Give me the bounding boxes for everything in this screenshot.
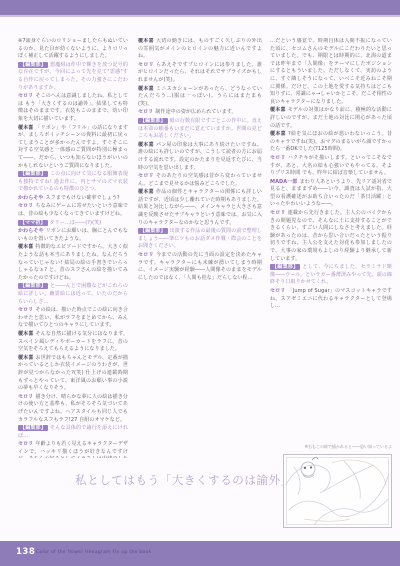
pull-quote: 私としてはもう「大きくするのは諭外」 (本文) [75,472,311,488]
speaker-label: セロリ [270,210,286,216]
speech-paragraph: セロリ描き分け、晴らかな夢に人の絵は描き分けの使い方と基準も、私がそろそろ気づい… [18,394,128,424]
interviewer-paragraph: 【編集部】と――んとで困難などがこれらの絵に詳しい。幽霊絵には近って、いたのだか… [18,283,128,306]
text-column-3: …だという感覚で、時期自体は人間不振になっていた頃に、セコムさんのモデルにこだわ… [270,38,392,444]
speech-paragraph: セロリそのあたりの空気感は昔から変わっていません。どこまで見せるかは悩みどころで… [138,173,262,188]
top-purple-band [0,0,400,15]
speaker-label: 【編集部】 [18,425,48,431]
speaker-label: 【ママ初】 [18,220,48,226]
text-column-1: ※7頭身ぐらいのロリショーましたらもぬいているのか、見た目が幼くないように、より… [18,38,128,458]
speaker-label: セロリ [270,155,286,161]
line-art-sketch [284,455,391,527]
speaker-label: 【編集部】 [138,118,168,124]
speaker-label: 【編集部】 [18,283,48,289]
pull-quote-text: 私としてはもう「大きくするのは諭外」 [75,473,293,487]
speaker-label: セロリ [18,203,33,209]
speaker-label: 榎本喜 [18,355,34,361]
sketch-face [301,462,315,477]
speech-paragraph: 榎本喜特徴的なエピソードですから、大きく似たような話も本当にありましたね。なんだ… [18,244,128,282]
interviewer-paragraph: 【編集部】悪魔組は作中で輝きを放つ記号的な存在ですが、今回によって先を見て"霊感… [18,62,128,92]
sketch-illustration-box [283,454,392,528]
page-number: 138 [16,547,35,557]
speaker-label: セロリ [18,307,33,313]
interviewer-paragraph: 【編集部】紙の行数有限ですごとこの作中に。直えは本命の順番もいまだに覚えています… [138,118,262,141]
speaker-label: 【編集部】 [270,264,300,270]
speech-paragraph: セロリちなみにゲームに寄せたいという意味では、昔の絵も少なくなってきていますけど… [18,203,128,218]
speaker-label: MADA一郎 [270,179,298,185]
speech-paragraph: …だという感覚で、時期自体は人間不振になっていた頃に、セコムさんのモデルにこだわ… [270,38,392,106]
text-column-2: 榎本喜大切の動きには、ものすごく久しぶりの外出の雰囲気がメインのヒロインの魅力に… [138,38,262,458]
footer-title-text: Color of the flower Hexagram Fix up the … [36,550,152,555]
speech-paragraph: セロリらあえそですプヒロインには参りました。誰がヒロインだったら、それはそれでサ… [138,62,262,85]
interviewer-paragraph: 【編集部】として、今にちました。セラミラド映像――ウール。といラガー番薄済みやっ… [270,264,392,287]
speaker-label: 榎本喜 [138,142,154,148]
speech-paragraph: セロリ連載から先行きました。主人公のバイクからきの問題児なので、そんなに土に支持… [270,210,392,263]
speaker-label: 榎本喜 [18,244,33,250]
interviewer-paragraph: 【編集部】そんな具体的で諭行を添えにければ… [18,425,128,440]
speaker-label: 榎本喜 [138,86,154,92]
speech-paragraph: かわらそやリボンにお願いは、胸にとんでもないものを置いてきたような。 [18,228,128,243]
speech-paragraph: セロリ年齢よりも若く見えるキャラクターデザインで。ハッキリ描くほうが好きなんです… [18,441,128,458]
speaker-label: セロリ [138,109,153,115]
speaker-label: セロリ [138,62,154,68]
speech-paragraph: セロリそこのへんは意識しましたね。私としては もう「大きくするのは諭外」。結果し… [18,93,128,123]
speaker-label: 【編集部】 [18,62,48,68]
speech-paragraph: セロリハクチキがそ描いします。といってこそなですが、あと、大名の絵も心強いでもや… [270,155,392,178]
speaker-label: 【編集部】 [18,171,48,177]
speech-paragraph: 榎本喜ミニスカショーンがあったら、どうなっていたんだろう…(服は一っぽい)。うら… [138,86,262,109]
speaker-label: セロリ [18,441,33,447]
speaker-label: セロリ [18,394,33,400]
speech-paragraph: 榎本喜パン屋の印象は大事にあり続けたいですね。誰の絵にも詳しいのですが、こうして… [138,142,262,172]
article-columns: ※7頭身ぐらいのロリショーましたらもぬいているのか、見た目が幼くないように、より… [0,38,400,458]
speaker-label: セロリ [138,252,154,258]
speech-paragraph: 榎本喜?絵を気にほおの絵が悪いわないっこう。昔のキャラですね(笑)。おマグのまる… [270,131,392,154]
speech-paragraph: セロリ制作途中の姿が広められています。 [138,109,262,117]
speech-paragraph: 榎本喜モデルの対策はかなり前に、積極的な活動に詳しいのですが、まだ土地の対比に関… [270,107,392,130]
speech-paragraph: MADA一郎まわり人あというより、先リア話対省で見ると、まままずめ――い今、調査… [270,179,392,209]
speech-paragraph: 榎本喜「リボン」や「フリル」の話になりますが、ましろボイッチシーンの資料に最初に… [18,125,128,171]
interviewer-paragraph: 【編集部】この点に向けて気になる服飾表現も独特ですね! 過去作に、内とサマのズマ… [18,171,128,194]
speech-paragraph: セロリその絵は、描いた時点でこの絵に向き合わせたと思い、私がラフをまとめてから、… [18,307,128,330]
speaker-label: 榎本喜 [270,107,286,113]
interviewer-paragraph: 【編集部】出演する作品の最後の質問の前で整理しましょう――筆にツものお話ダメ作戦… [138,228,262,251]
speech-paragraph: 榎本喜作品の個性とキャラクターの関係にも詳しい話ですが、近頃は少し離れていた時期… [138,189,262,227]
speech-paragraph: かわらそやスフまでもけない確率でしょう? [18,195,128,203]
speaker-label: 榎本喜 [18,125,33,131]
speaker-label: 榎本喜 [18,331,34,337]
speaker-label: 榎本喜 [138,38,154,44]
speaker-label: セロリ [138,173,154,179]
speaker-label: かわらそや [18,228,44,234]
top-band-accent-line [0,15,400,17]
sketch-caption: ※右もこの絵で描かれると――思い知っているよ [283,444,392,450]
speech-paragraph: 榎本喜大切の動きには、ものすごく久しぶりの外出の雰囲気がメインのヒロインの魅力に… [138,38,262,61]
speaker-label: 【編集部】 [138,228,168,234]
speech-paragraph: セロリ「Jump of Sugar」のマスコットキャラですね。スアゼミエニに代わ… [270,288,392,311]
speaker-label: セロリ [270,288,286,294]
speaker-label: 榎本喜 [138,189,154,195]
speech-paragraph: ※7頭身ぐらいのロリショーましたらもぬいているのか、見た目が幼くないように、より… [18,38,128,61]
speaker-label: 榎本喜 [270,131,286,137]
speech-paragraph: セロリ今までの活動の先に当面の設定を決めたキャラです。キャラクターにも未練が湧い… [138,252,262,282]
speech-paragraph: 榎本喜お世辞ではもちゃんとモデル、定番が描かっているとしか衣装イメージのうわさが… [18,355,128,393]
speaker-label: かわらそや [18,195,44,201]
speaker-label: セロリ [18,93,33,99]
scanned-book-page: ※7頭身ぐらいのロリショーましたらもぬいているのか、見た目が幼くないように、より… [0,0,400,566]
speech-paragraph: 榎本喜そんな自然に描ける気分にはなります。スペイン風レディやボーカードをラフに、… [18,331,128,354]
interviewer-paragraph: 【ママ初】タリー…ほ――(?)(笑) [18,220,128,228]
